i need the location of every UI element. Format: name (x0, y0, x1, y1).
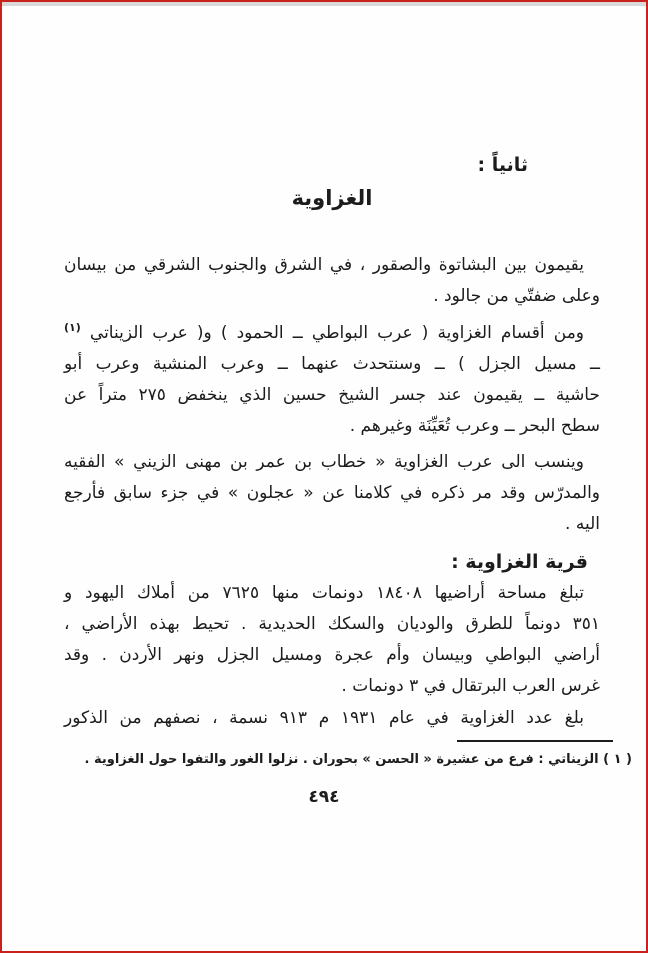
footnote-reference-mark: (١) (64, 321, 81, 334)
text-line: بلغ عدد الغزاوية في عام ١٩٣١ م ٩١٣ نسمة … (64, 703, 600, 734)
paragraph-5: بلغ عدد الغزاوية في عام ١٩٣١ م ٩١٣ نسمة … (64, 703, 600, 734)
text-line: ــ مسيل الجزل ) ــ وسنتحدث عنهما ــ وعرب… (64, 349, 600, 380)
text-line: سطح البحر ــ وعرب تُعَيِّنَة وغيرهم . (64, 411, 600, 442)
text-line: ٣٥١ دونماً للطرق والوديان والسكك الحديدي… (64, 609, 600, 640)
text-line: والمدرّس وقد مر ذكره في كلامنا عن « عجلو… (64, 478, 600, 509)
scan-artifact-strip (2, 2, 646, 6)
section-label: ثانياً : (64, 150, 528, 180)
footnote-separator (457, 740, 613, 742)
text-line: أراضي البواطي وبيسان وأم عجرة ومسيل الجز… (64, 640, 600, 671)
text-line: يقيمون بين البشاتوة والصقور ، في الشرق و… (64, 250, 600, 281)
page-title: الغزاوية (64, 184, 600, 212)
page-number: ٤٩٤ (2, 787, 646, 807)
paragraph-1: يقيمون بين البشاتوة والصقور ، في الشرق و… (64, 250, 600, 312)
paragraph-2: ومن أقسام الغزاوية ( عرب البواطي ــ الحم… (64, 318, 600, 442)
paragraph-3: وينسب الى عرب الغزاوية « خطاب بن عمر بن … (64, 447, 600, 540)
book-page: ثانياً : الغزاوية يقيمون بين البشاتوة وا… (0, 0, 648, 953)
text-block: ثانياً : الغزاوية يقيمون بين البشاتوة وا… (2, 150, 646, 734)
text-line-main: ومن أقسام الغزاوية ( عرب البواطي ــ الحم… (90, 323, 584, 343)
text-line: اليه . (64, 509, 600, 540)
subheading-village: قرية الغزاوية : (64, 548, 588, 576)
text-line: حاشية ــ يقيمون عند جسر الشيخ حسين الذي … (64, 380, 600, 411)
text-line: غرس العرب البرتقال في ٣ دونمات . (64, 671, 600, 702)
text-line: وينسب الى عرب الغزاوية « خطاب بن عمر بن … (64, 447, 600, 478)
text-line: ومن أقسام الغزاوية ( عرب البواطي ــ الحم… (64, 318, 600, 349)
footnote-text: ( ١ ) الزيناتي : فرع من عشيرة « الحسن » … (2, 750, 646, 770)
paragraph-4: تبلغ مساحة أراضيها ١٨٤٠٨ دونمات منها ٧٦٢… (64, 578, 600, 702)
text-line: تبلغ مساحة أراضيها ١٨٤٠٨ دونمات منها ٧٦٢… (64, 578, 600, 609)
text-line: وعلى ضفتّي من جالود . (64, 281, 600, 312)
